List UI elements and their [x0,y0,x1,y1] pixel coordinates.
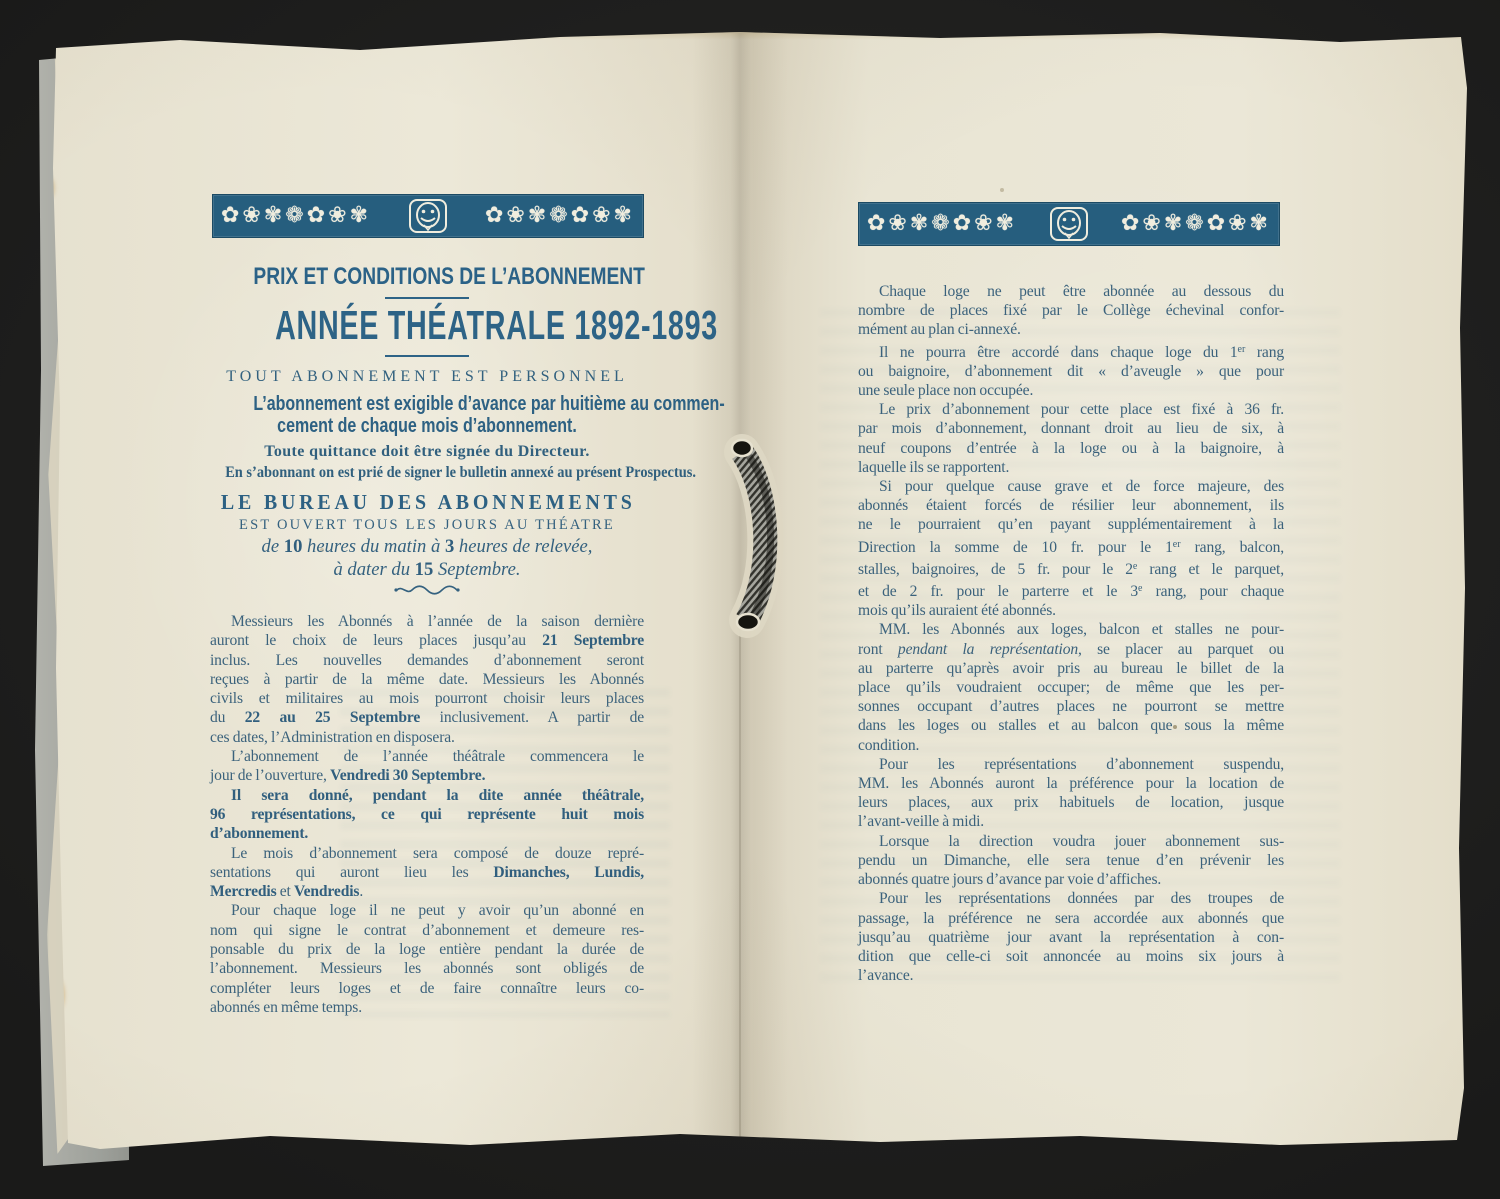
text-segment: Messieurs les Abonnés à l’année de la sa… [231,613,644,630]
text-segment: civils et militaires au mois pourront ch… [210,690,644,707]
paragraph: Le prix d’abonnement pour cette place es… [858,400,1284,477]
text-line: ou baignoire, d’abonnement dit « d’aveug… [858,362,1284,381]
text-segment: Chaque loge ne peut être abonnée au dess… [879,283,1284,300]
text-segment: heures de relevée, [454,536,592,557]
text-segment: ou baignoire, d’abonnement dit « d’aveug… [858,363,1284,380]
text-line: nombre de places fixé par le Collège éch… [858,301,1284,320]
page-title: ANNÉE THÉATRALE 1892-1893 [275,302,579,349]
text-segment: mois qu’ils auraient été abonnés. [858,602,1056,619]
text-line: compléter leurs loges et de faire connaî… [210,979,644,998]
text-line: l’avance. [858,966,1284,985]
text-line: Il sera donné, pendant la dite année thé… [210,786,644,805]
text-line: abonnés en même temps. [210,998,644,1017]
text-segment: l’abonnement. Messieurs les abonnés sont… [210,960,644,977]
text-segment: stalles, baignoires, de 5 fr. pour le 2 [858,561,1133,578]
section-kicker: PRIX ET CONDITIONS DE L’ABONNEMENT [253,263,600,291]
text-segment: Lorsque la direction voudra jouer abonne… [879,833,1284,850]
text-line: mois qu’ils auraient été abonnés. [858,601,1284,620]
text-segment: ponsable du prix de la loge entière pend… [210,941,644,958]
text-line: Il ne pourra être accordé dans chaque lo… [858,340,1284,362]
squiggle-divider [210,584,644,596]
text-segment: laquelle ils se rapportent. [858,459,1009,476]
floral-ornament-glyphs: ✿❀✾❁✿❀✾ [867,213,1017,235]
floral-ornament-border: ✿❀✾❁✿❀✾ ✿❀✾❁✿❀✾ [858,202,1280,246]
mascaron-ornament-icon [1048,206,1090,242]
text-segment: 3 [445,536,454,557]
paper-top-edge [40,28,1468,40]
text-line: Pour les représentations données par des… [858,889,1284,908]
paragraph: Pour les représentations données par des… [858,889,1284,985]
text-line: Mercredis et Vendredis. [210,882,644,901]
text-line: ront pendant la représentation, se place… [858,640,1284,659]
text-line: ces dates, l’Administration en disposera… [210,728,644,747]
text-segment: , se placer au parquet ou [1078,641,1284,658]
text-line: MM. les Abonnés aux loges, balcon et sta… [858,620,1284,639]
booklet-page-spread: ✿❀✾❁✿❀✾ ✿❀✾❁✿❀✾ PRIX ET CONDITIONS DE L’… [40,28,1468,1152]
text-segment: Dimanches, Lundis, [493,864,644,881]
text-segment: dans les loges ou stalles et au balcon q… [858,717,1284,734]
text-segment: er [1173,539,1181,550]
text-segment: 15 [415,559,434,580]
text-segment: jusqu’au quatrième jour avant la représe… [858,929,1284,946]
text-line: place qu’ils voudraient occuper; de même… [858,678,1284,697]
text-line: MM. les Abonnés auront la préférence pou… [858,774,1284,793]
text-segment: jour de l’ouverture, [210,767,330,784]
bulletin-note: En s’abonnant on est prié de signer le b… [225,464,629,482]
left-page-text: Messieurs les Abonnés à l’année de la sa… [210,612,644,1017]
photograph-stage: ✿❀✾❁✿❀✾ ✿❀✾❁✿❀✾ PRIX ET CONDITIONS DE L’… [0,0,1500,1199]
text-segment: du [210,709,245,726]
text-line: une seule place non occupée. [858,381,1284,400]
text-segment: au parterre qu’après avoir pris au burea… [858,660,1284,677]
text-line: dans les loges ou stalles et au balcon q… [858,716,1284,735]
text-segment: Pour chaque loge il ne peut y avoir qu’u… [231,902,644,919]
text-line: stalles, baignoires, de 5 fr. pour le 2e… [858,557,1284,579]
text-segment: Mercredis [210,883,276,900]
paragraph: L’abonnement de l’année théâtrale commen… [210,747,644,786]
text-segment: Le mois d’abonnement sera composé de dou… [231,845,644,862]
text-line: laquelle ils se rapportent. [858,458,1284,477]
centre-fold-crease [739,628,741,1148]
text-segment: neuf coupons d’entrée à la loge ou à la … [858,440,1284,457]
text-line: sentations qui auront lieu les Dimanches… [210,863,644,882]
text-line: abonnés quatre jours d’avance par voie d… [858,870,1284,889]
text-segment: pendant la représentation [898,641,1078,658]
bureau-subheading: EST OUVERT TOUS LES JOURS AU THÉATRE [210,517,644,534]
floral-ornament-glyphs: ✿❀✾❁✿❀✾ [1121,213,1271,235]
text-segment: et de 2 fr. pour le parterre et le 3 [858,583,1138,600]
text-line: L’abonnement de l’année théâtrale commen… [210,747,644,766]
binding-ribbon [703,428,795,642]
text-segment: nombre de places fixé par le Collège éch… [858,302,1284,319]
text-line: Pour les représentations d’abonnement su… [858,755,1284,774]
floral-ornament-glyphs: ✿❀✾❁✿❀✾ [485,205,635,227]
rule-divider [385,297,469,299]
text-segment: à dater du [333,559,414,580]
text-segment: 21 Septembre [542,632,644,649]
text-segment: rang et le parquet, [1137,561,1284,578]
paragraph: Lorsque la direction voudra jouer abonne… [858,832,1284,890]
text-line: au parterre qu’après avoir pris au burea… [858,659,1284,678]
text-segment: abonnés étaient forcés de résilier leur … [858,497,1284,514]
text-line: Lorsque la direction voudra jouer abonne… [858,832,1284,851]
text-segment: mément au plan ci-annexé. [858,321,1021,338]
text-line: d’abonnement. [210,824,644,843]
text-segment: Vendredis [294,883,359,900]
text-segment: d’abonnement. [210,825,308,842]
text-segment: condition. [858,737,919,754]
text-segment: passage, la préférence ne sera accordée … [858,910,1284,927]
text-segment: place qu’ils voudraient occuper; de même… [858,679,1284,696]
text-line: leurs places, aux prix habituels de loca… [858,793,1284,812]
text-segment: rang, pour chaque [1142,583,1284,600]
text-segment: inclusivement. A partir de [420,709,644,726]
paragraph: Pour chaque loge il ne peut y avoir qu’u… [210,901,644,1017]
paragraph: Il ne pourra être accordé dans chaque lo… [858,340,1284,401]
left-page: ✿❀✾❁✿❀✾ ✿❀✾❁✿❀✾ PRIX ET CONDITIONS DE L’… [210,194,644,1017]
text-segment: Pour les représentations données par des… [879,890,1284,907]
text-line: reçues à partir de la même date. Messieu… [210,670,644,689]
text-line: jour de l’ouverture, Vendredi 30 Septemb… [210,766,644,785]
text-line: 96 représentations, ce qui représente hu… [210,805,644,824]
text-segment: . [359,883,363,900]
notice-line: cement de chaque mois d’abonnement. [253,415,600,437]
paragraph: Le mois d’abonnement sera composé de dou… [210,844,644,902]
notice-line: L’abonnement est exigible d’avance par h… [253,393,600,415]
paragraph: Messieurs les Abonnés à l’année de la sa… [210,612,644,747]
text-line: nom qui signe le contrat d’abonnement et… [210,921,644,940]
opening-hours-line: à dater du 15 Septembre. [214,560,639,580]
rule-divider [385,355,469,357]
text-segment: Il sera donné, pendant la dite année thé… [231,787,644,804]
paragraph: Si pour quelque cause grave et de force … [858,477,1284,620]
paper-speck [1000,188,1004,192]
text-line: l’abonnement. Messieurs les abonnés sont… [210,959,644,978]
text-line: auront le choix de leurs places jusqu’au… [210,631,644,650]
paragraph: Il sera donné, pendant la dite année thé… [210,786,644,844]
text-line: l’avant-veille à midi. [858,812,1284,831]
text-segment: sonnes occupant d’autres places ne pourr… [858,698,1284,715]
text-segment: MM. les Abonnés auront la préférence pou… [858,775,1284,792]
quittance-note: Toute quittance doit être signée du Dire… [210,443,644,461]
text-segment: de [262,536,284,557]
text-segment: et [276,883,293,900]
text-line: dition que celle-ci soit annoncée au moi… [858,947,1284,966]
text-line: ponsable du prix de la loge entière pend… [210,940,644,959]
text-segment: Direction la somme de 10 fr. pour le 1 [858,539,1173,556]
text-segment: pendu un Dimanche, elle sera tenue d’en … [858,852,1284,869]
text-line: inclus. Les nouvelles demandes d’abonnem… [210,651,644,670]
text-segment: reçues à partir de la même date. Messieu… [210,671,644,688]
mascaron-ornament-icon [407,198,449,234]
subtitle-personal: TOUT ABONNEMENT EST PERSONNEL [210,368,644,386]
text-segment: Vendredi 30 Septembre. [330,767,485,784]
text-line: Le prix d’abonnement pour cette place es… [858,400,1284,419]
text-line: Le mois d’abonnement sera composé de dou… [210,844,644,863]
bureau-heading: LE BUREAU DES ABONNEMENTS [221,490,633,515]
text-line: par mois d’abonnement, donnant droit au … [858,419,1284,438]
text-segment: compléter leurs loges et de faire connaî… [210,980,644,997]
text-segment: Septembre. [433,559,520,580]
text-segment: Le prix d’abonnement pour cette place es… [879,401,1284,418]
text-segment: leurs places, aux prix habituels de loca… [858,794,1284,811]
text-segment: 22 au 25 Septembre [245,709,420,726]
text-segment: l’avant-veille à midi. [858,813,984,830]
text-segment: MM. les Abonnés aux loges, balcon et sta… [879,621,1284,638]
text-segment: l’avance. [858,967,913,984]
text-line: Direction la somme de 10 fr. pour le 1er… [858,535,1284,557]
text-segment: rang, balcon, [1181,539,1284,556]
squiggle-divider-icon [393,584,461,596]
text-segment: ces dates, l’Administration en disposera… [210,729,455,746]
text-segment: abonnés en même temps. [210,999,362,1016]
text-segment: auront le choix de leurs places jusqu’au [210,632,542,649]
text-line: Si pour quelque cause grave et de force … [858,477,1284,496]
text-line: neuf coupons d’entrée à la loge ou à la … [858,439,1284,458]
text-segment: Il ne pourra être accordé dans chaque lo… [879,344,1238,361]
text-segment: heures du matin à [302,536,445,557]
paragraph: Pour les représentations d’abonnement su… [858,755,1284,832]
text-line: civils et militaires au mois pourront ch… [210,689,644,708]
text-segment: une seule place non occupée. [858,382,1033,399]
text-segment: dition que celle-ci soit annoncée au moi… [858,948,1284,965]
text-line: passage, la préférence ne sera accordée … [858,909,1284,928]
text-line: mément au plan ci-annexé. [858,320,1284,339]
right-page: ✿❀✾❁✿❀✾ ✿❀✾❁✿❀✾ Chaque loge ne peut être… [858,202,1284,985]
text-line: jusqu’au quatrième jour avant la représe… [858,928,1284,947]
text-segment: abonnés quatre jours d’avance par voie d… [858,871,1161,888]
text-segment: nom qui signe le contrat d’abonnement et… [210,922,644,939]
text-segment: rang [1245,344,1284,361]
text-line: abonnés étaient forcés de résilier leur … [858,496,1284,515]
opening-hours-line: de 10 heures du matin à 3 heures de rele… [214,537,639,557]
text-line: du 22 au 25 Septembre inclusivement. A p… [210,708,644,727]
text-line: Pour chaque loge il ne peut y avoir qu’u… [210,901,644,920]
paragraph: MM. les Abonnés aux loges, balcon et sta… [858,620,1284,754]
floral-ornament-border: ✿❀✾❁✿❀✾ ✿❀✾❁✿❀✾ [212,194,644,238]
text-line: et de 2 fr. pour le parterre et le 3e ra… [858,579,1284,601]
text-segment: inclus. Les nouvelles demandes d’abonnem… [210,652,644,669]
text-segment: L’abonnement de l’année théâtrale commen… [231,748,644,765]
text-segment: 10 [284,536,303,557]
floral-ornament-glyphs: ✿❀✾❁✿❀✾ [221,205,371,227]
text-segment: Si pour quelque cause grave et de force … [879,478,1284,495]
text-line: ne le pourraient qu’en payant supplément… [858,515,1284,534]
text-line: Messieurs les Abonnés à l’année de la sa… [210,612,644,631]
right-page-text: Chaque loge ne peut être abonnée au dess… [858,282,1284,985]
text-line: sonnes occupant d’autres places ne pourr… [858,697,1284,716]
text-line: Chaque loge ne peut être abonnée au dess… [858,282,1284,301]
paragraph: Chaque loge ne peut être abonnée au dess… [858,282,1284,340]
text-segment: par mois d’abonnement, donnant droit au … [858,420,1284,437]
text-line: pendu un Dimanche, elle sera tenue d’en … [858,851,1284,870]
text-segment: Pour les représentations d’abonnement su… [879,756,1284,773]
text-segment: 96 représentations, ce qui représente hu… [210,806,644,823]
text-segment: ront [858,641,898,658]
text-segment: ne le pourraient qu’en payant supplément… [858,516,1284,533]
text-segment: sentations qui auront lieu les [210,864,493,881]
text-line: condition. [858,736,1284,755]
